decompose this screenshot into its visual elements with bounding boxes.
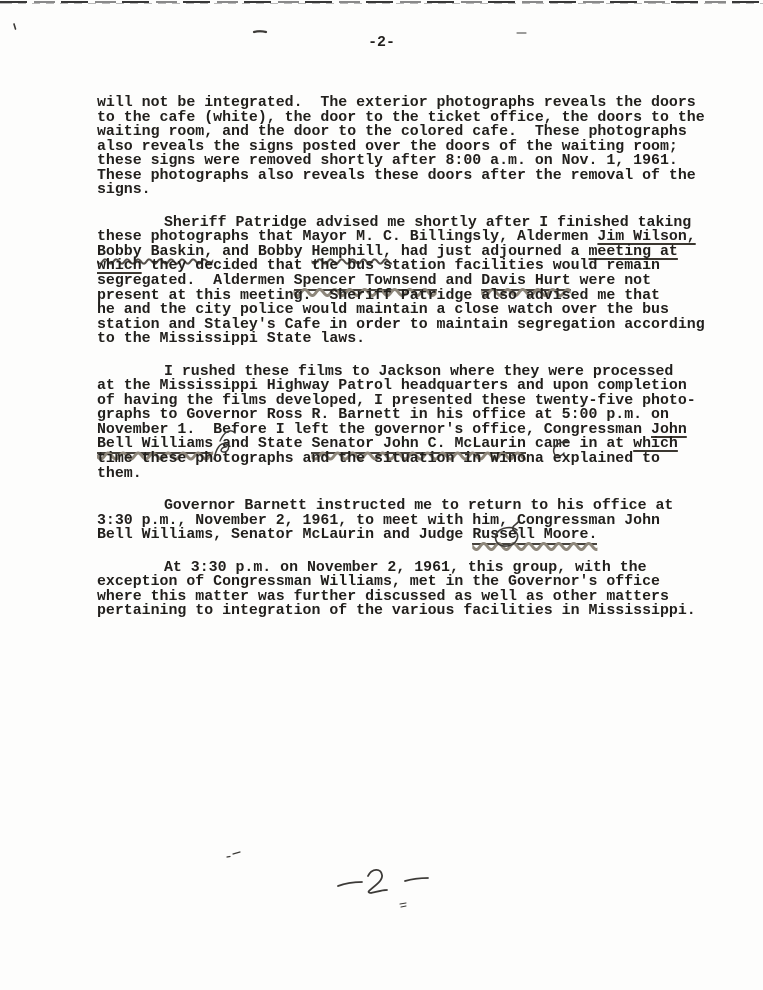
handwritten-digit-2-icon	[368, 870, 387, 893]
handwritten-page-number	[338, 870, 428, 893]
handwritten-dash-icon	[338, 882, 362, 886]
text-run: These photographs also reveals these doo…	[97, 168, 696, 184]
document-body: will not be integrated. The exterior pho…	[97, 96, 747, 637]
top-left-speck	[14, 24, 16, 29]
paragraph: will not be integrated. The exterior pho…	[97, 96, 747, 198]
footer-dot-dash-speck	[227, 852, 240, 857]
handwritten-dash-icon	[405, 878, 428, 881]
text-run: them.	[97, 466, 142, 482]
text-run: to the Mississippi State laws.	[97, 331, 365, 347]
text-run: time these photographs and the situation…	[97, 451, 660, 467]
paragraph: Governor Barnett instructed me to return…	[97, 499, 747, 543]
document-page: -2- will not be integrated. The exterior…	[0, 0, 763, 990]
paragraph: I rushed these films to Jackson where th…	[97, 365, 747, 481]
footer-equals-speck	[400, 903, 406, 907]
paragraph: At 3:30 p.m. on November 2, 1961, this g…	[97, 561, 747, 619]
scan-edge-artifact	[0, 0, 763, 5]
underlined-text: Russell Moore.	[472, 527, 597, 543]
page-number-header: -2-	[0, 36, 763, 50]
paragraph: Sheriff Patridge advised me shortly afte…	[97, 216, 747, 347]
dash-left-of-header	[254, 31, 266, 32]
text-run: pertaining to integration of the various…	[97, 603, 696, 619]
text-run: Bell Williams, Senator McLaurin and Judg…	[97, 527, 472, 543]
text-run: signs.	[97, 182, 151, 198]
